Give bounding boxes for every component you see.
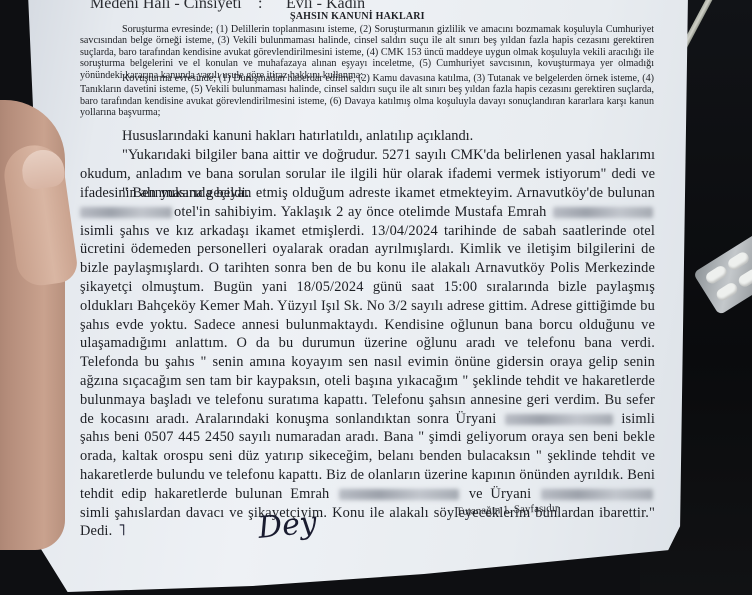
pill (704, 264, 729, 286)
pill (737, 267, 752, 289)
redacted-surname (541, 489, 653, 500)
section-title: ŞAHSIN KANUNİ HAKLARI (290, 11, 425, 22)
redacted-surname (553, 207, 653, 218)
rights-prosecution-paragraph: Kovuşturma evresinde; (1) Duruşmadan hab… (80, 73, 654, 119)
statement-text: ve Üryani (469, 486, 531, 502)
initial-mark: ˥ (118, 520, 126, 539)
pill (726, 250, 751, 272)
redacted-hotel-name (80, 207, 172, 218)
rights-reminder: Hususlarındaki kanuni hakları hatırlatıl… (80, 127, 655, 146)
statement-text: simli şahıslardan davacı ve şikayetçiyim… (80, 505, 655, 540)
statement-paragraph: " Ben yukarıda beyan etmiş olduğum adres… (80, 184, 655, 541)
separator: : (250, 0, 286, 13)
handwritten-signature: Dey (256, 505, 318, 546)
pill (714, 281, 739, 303)
redacted-surname (339, 489, 459, 500)
statement-text: otel'in sahibiyim. Yaklaşık 2 ay önce ot… (174, 204, 547, 220)
marital-status-label: Medeni Hali - Cinsiyeti (90, 0, 250, 13)
redacted-surname (505, 414, 613, 425)
statement-text: isimli şahıs ve kız arkadaşı ikamet etmi… (80, 223, 655, 427)
statement-text: " Ben yukarıda beyan etmiş olduğum adres… (122, 185, 655, 201)
